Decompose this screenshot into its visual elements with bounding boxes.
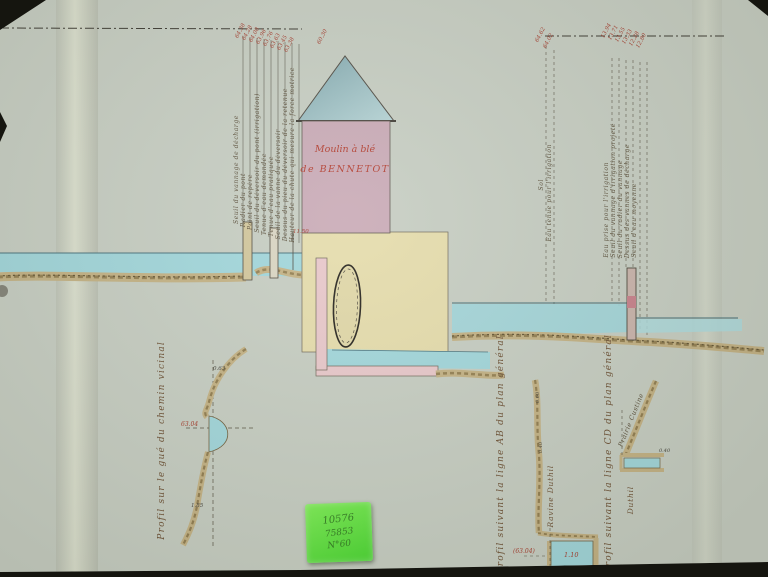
ford-profile-caption: Profil sur le gué du chemin vicinal bbox=[158, 341, 167, 540]
profile-cd-caption: Profil suivant la ligne CD du plan génér… bbox=[605, 334, 614, 574]
left-label-9: Hauteur de la chute qui mesure la force … bbox=[290, 67, 296, 243]
profile-ab bbox=[524, 380, 598, 575]
cd-dim: 0.40 bbox=[659, 449, 670, 454]
mill-title-line2: de BENNETOT bbox=[300, 160, 390, 180]
mill-title: Moulin à blé de BENNETOT bbox=[300, 140, 390, 180]
ravine-label: Ravine Duthil bbox=[547, 465, 555, 527]
right-a-label-1: Sol bbox=[539, 179, 545, 190]
ford-profile bbox=[183, 349, 254, 548]
archive-sticky-note: 10576 75853 N°60 bbox=[305, 502, 373, 563]
sticky-line-3: N°60 bbox=[327, 538, 352, 552]
mill-title-line1: Moulin à blé bbox=[300, 140, 390, 160]
drawing-layer bbox=[0, 0, 768, 577]
right-b-label-5: Seuil d'eau moyenne bbox=[632, 183, 638, 258]
mill-sill-dim: 11.50 bbox=[293, 230, 309, 236]
ford-dim-top: 0.63 bbox=[213, 367, 225, 373]
ab-level: (63.04) bbox=[513, 549, 535, 555]
ab-dim2: 0.40 bbox=[539, 442, 544, 453]
ab-depth-dim: 0.60 bbox=[536, 392, 541, 403]
owner-label: Duthil bbox=[627, 486, 635, 514]
paper-sheet: Moulin à blé de BENNETOT Seuil du vannag… bbox=[0, 0, 768, 577]
ab-width-dim: 1.10 bbox=[564, 552, 578, 559]
right-a-label-2: Eau tenue pour l'irrigation bbox=[547, 144, 553, 242]
ford-water-level: 63.04 bbox=[181, 422, 198, 428]
profile-ab-caption: Profil suivant la ligne AB du plan génér… bbox=[497, 335, 506, 574]
ford-dim-bottom: 1.85 bbox=[191, 504, 203, 510]
